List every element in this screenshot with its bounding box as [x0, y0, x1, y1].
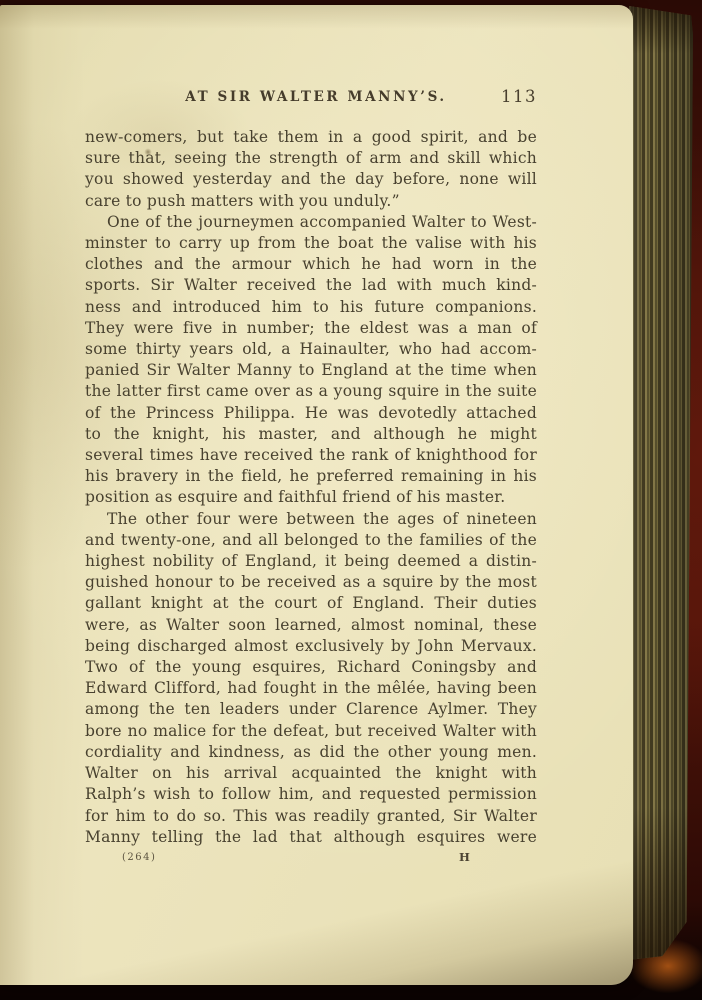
page-text: new-comers, but take them in a good spir… — [85, 127, 537, 848]
text-line: minster to carry up from the boat the va… — [85, 233, 537, 254]
page-header: AT SIR WALTER MANNY’S. 113 — [85, 89, 537, 111]
text-line: Two of the young esquires, Richard Conin… — [85, 657, 537, 678]
page-edges — [629, 6, 693, 960]
text-line: some thirty years old, a Hainaulter, who… — [85, 339, 537, 360]
text-line: to the knight, his master, and although … — [85, 424, 537, 445]
text-line: ness and introduced him to his future co… — [85, 297, 537, 318]
book-page: AT SIR WALTER MANNY’S. 113 new-comers, b… — [0, 5, 633, 985]
text-line: Edward Clifford, had fought in the mêlée… — [85, 678, 537, 699]
text-line: position as esquire and faithful friend … — [85, 487, 537, 508]
text-line: sports. Sir Walter received the lad with… — [85, 275, 537, 296]
text-line: One of the journeymen accompanied Walter… — [85, 212, 537, 233]
text-column: AT SIR WALTER MANNY’S. 113 new-comers, b… — [85, 5, 537, 985]
text-line: several times have received the rank of … — [85, 445, 537, 466]
text-line: and twenty-one, and all belonged to the … — [85, 530, 537, 551]
running-title: AT SIR WALTER MANNY’S. — [185, 89, 447, 105]
gathering-signature-letter: H — [459, 850, 470, 864]
text-line: bore no malice for the defeat, but recei… — [85, 721, 537, 742]
text-line: panied Sir Walter Manny to England at th… — [85, 360, 537, 381]
text-line: care to push matters with you unduly.” — [85, 191, 537, 212]
text-line: were, as Walter soon learned, almost nom… — [85, 615, 537, 636]
page-number: 113 — [501, 87, 537, 106]
text-line: his bravery in the field, he preferred r… — [85, 466, 537, 487]
text-line: They were five in number; the eldest was… — [85, 318, 537, 339]
text-line: Ralph’s wish to follow him, and requeste… — [85, 784, 537, 805]
text-line: cordiality and kindness, as did the othe… — [85, 742, 537, 763]
text-line: guished honour to be received as a squir… — [85, 572, 537, 593]
text-line: you showed yesterday and the day before,… — [85, 169, 537, 190]
text-line: for him to do so. This was readily grant… — [85, 806, 537, 827]
text-line: new-comers, but take them in a good spir… — [85, 127, 537, 148]
text-line: the latter first came over as a young sq… — [85, 381, 537, 402]
text-line: Manny telling the lad that although esqu… — [85, 827, 537, 848]
printers-signature-mark: (264) — [122, 852, 156, 863]
text-line: The other four were between the ages of … — [85, 509, 537, 530]
text-line: among the ten leaders under Clarence Ayl… — [85, 699, 537, 720]
book-scan-photo: AT SIR WALTER MANNY’S. 113 new-comers, b… — [0, 0, 702, 1000]
text-line: of the Princess Philippa. He was devoted… — [85, 403, 537, 424]
text-line: highest nobility of England, it being de… — [85, 551, 537, 572]
text-line: clothes and the armour which he had worn… — [85, 254, 537, 275]
page-footer: (264) H — [85, 850, 537, 868]
text-line: being discharged almost exclusively by J… — [85, 636, 537, 657]
text-line: Walter on his arrival acquainted the kni… — [85, 763, 537, 784]
text-line: gallant knight at the court of England. … — [85, 593, 537, 614]
text-line: sure that, seeing the strength of arm an… — [85, 148, 537, 169]
